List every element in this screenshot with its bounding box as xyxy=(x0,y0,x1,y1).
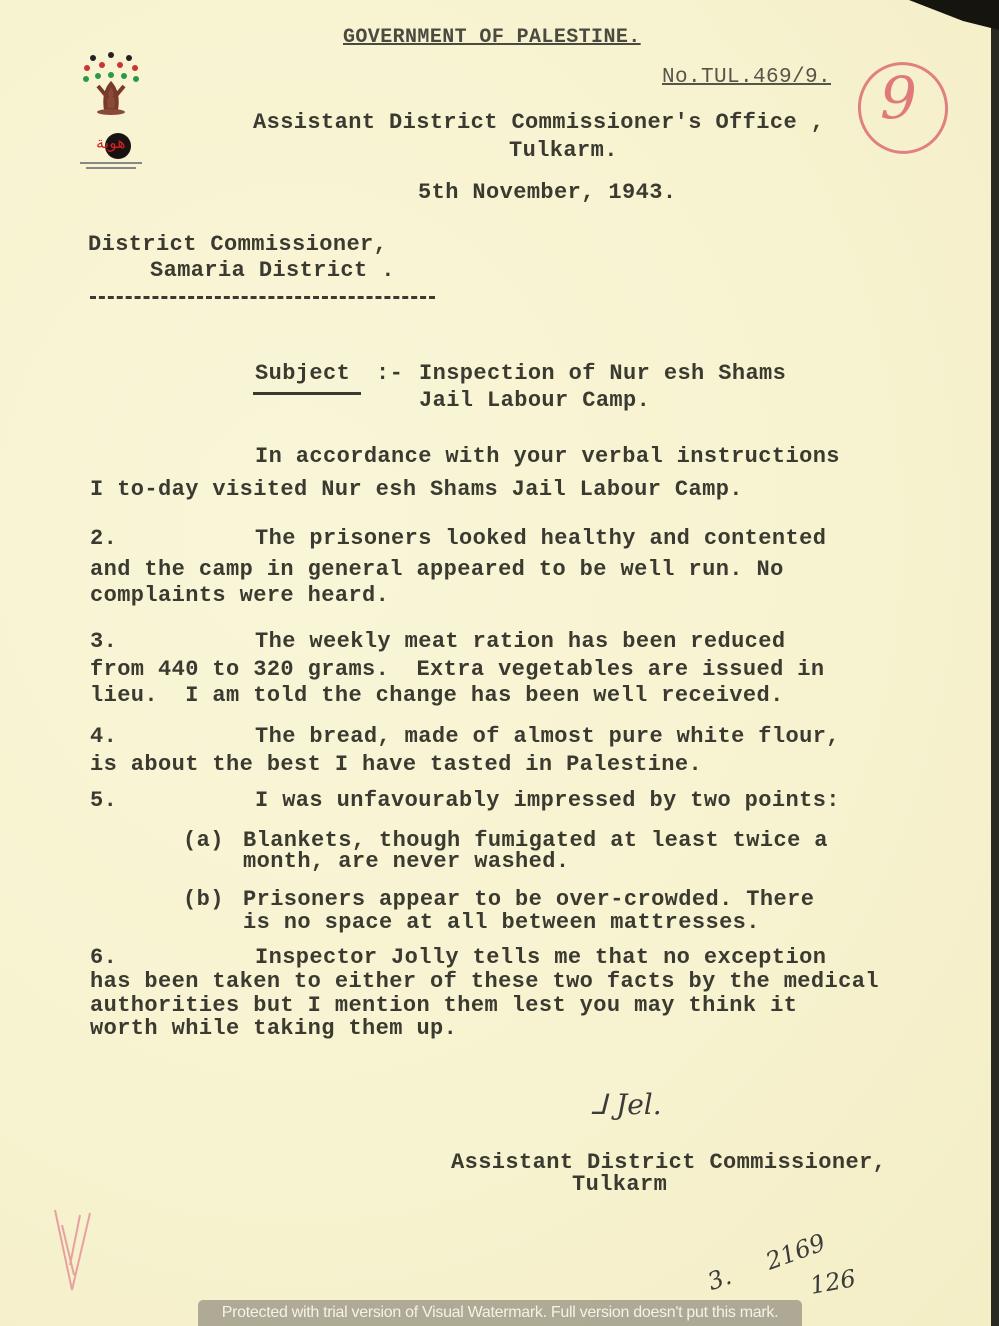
red-pencil-mark-icon xyxy=(50,1205,105,1295)
letter-date: 5th November, 1943. xyxy=(418,180,676,205)
point-b-line-2: is no space at all between mattresses. xyxy=(243,910,760,935)
para-3-line-3: lieu. I am told the change has been well… xyxy=(90,683,784,708)
handwritten-signature: ᒧ Jel. xyxy=(590,1088,662,1121)
point-a-label: (a) xyxy=(183,828,224,853)
subject-line-1: Inspection of Nur esh Shams xyxy=(419,361,786,386)
reference-number: No.TUL.469/9. xyxy=(662,66,831,89)
para-2-line-3: complaints were heard. xyxy=(90,583,389,608)
logo-arabic-title: هوية xyxy=(96,133,126,153)
para-3-line-1: The weekly meat ration has been reduced xyxy=(255,629,785,654)
para-4-number: 4. xyxy=(90,724,117,749)
folio-number: 9 xyxy=(880,64,917,132)
watermark-banner: Protected with trial version of Visual W… xyxy=(198,1300,802,1326)
para-6-line-2: has been taken to either of these two fa… xyxy=(90,969,879,994)
point-a-line-2: month, are never washed. xyxy=(243,849,569,874)
para-6-line-4: worth while taking them up. xyxy=(90,1016,457,1041)
recipient-line-1: District Commissioner, xyxy=(88,232,387,257)
office-line-2: Tulkarm. xyxy=(509,138,618,163)
subject-line-2: Jail Labour Camp. xyxy=(419,388,650,413)
signature-title-line-2: Tulkarm xyxy=(572,1172,667,1197)
recipient-divider xyxy=(90,296,435,299)
para-2-line-1: The prisoners looked healthy and content… xyxy=(255,526,826,551)
para-4-line-2: is about the best I have tasted in Pales… xyxy=(90,752,702,777)
subject-underline xyxy=(253,392,361,395)
subject-separator: :- xyxy=(376,361,403,386)
signature-title-line-1: Assistant District Commissioner, xyxy=(451,1150,886,1175)
para-3-line-2: from 440 to 320 grams. Extra vegetables … xyxy=(90,657,825,682)
para-2-line-2: and the camp in general appeared to be w… xyxy=(90,557,784,582)
para-6-number: 6. xyxy=(90,945,117,970)
tree-logo-icon: هوية xyxy=(78,48,144,178)
page-edge xyxy=(991,0,999,1326)
intro-line-1: In accordance with your verbal instructi… xyxy=(255,444,840,469)
para-2-number: 2. xyxy=(90,526,117,551)
para-3-number: 3. xyxy=(90,629,117,654)
para-4-line-1: The bread, made of almost pure white flo… xyxy=(255,724,840,749)
para-5-line-1: I was unfavourably impressed by two poin… xyxy=(255,788,840,813)
subject-label: Subject xyxy=(255,361,350,386)
recipient-line-2: Samaria District . xyxy=(150,258,395,283)
para-6-line-1: Inspector Jolly tells me that no excepti… xyxy=(255,945,826,970)
para-5-number: 5. xyxy=(90,788,117,813)
point-b-line-1: Prisoners appear to be over-crowded. The… xyxy=(243,887,814,912)
para-6-line-3: authorities but I mention them lest you … xyxy=(90,993,797,1018)
government-heading: GOVERNMENT OF PALESTINE. xyxy=(343,26,641,49)
intro-line-2: I to-day visited Nur esh Shams Jail Labo… xyxy=(90,477,743,502)
office-line-1: Assistant District Commissioner's Office… xyxy=(253,110,824,135)
point-b-label: (b) xyxy=(183,887,224,912)
